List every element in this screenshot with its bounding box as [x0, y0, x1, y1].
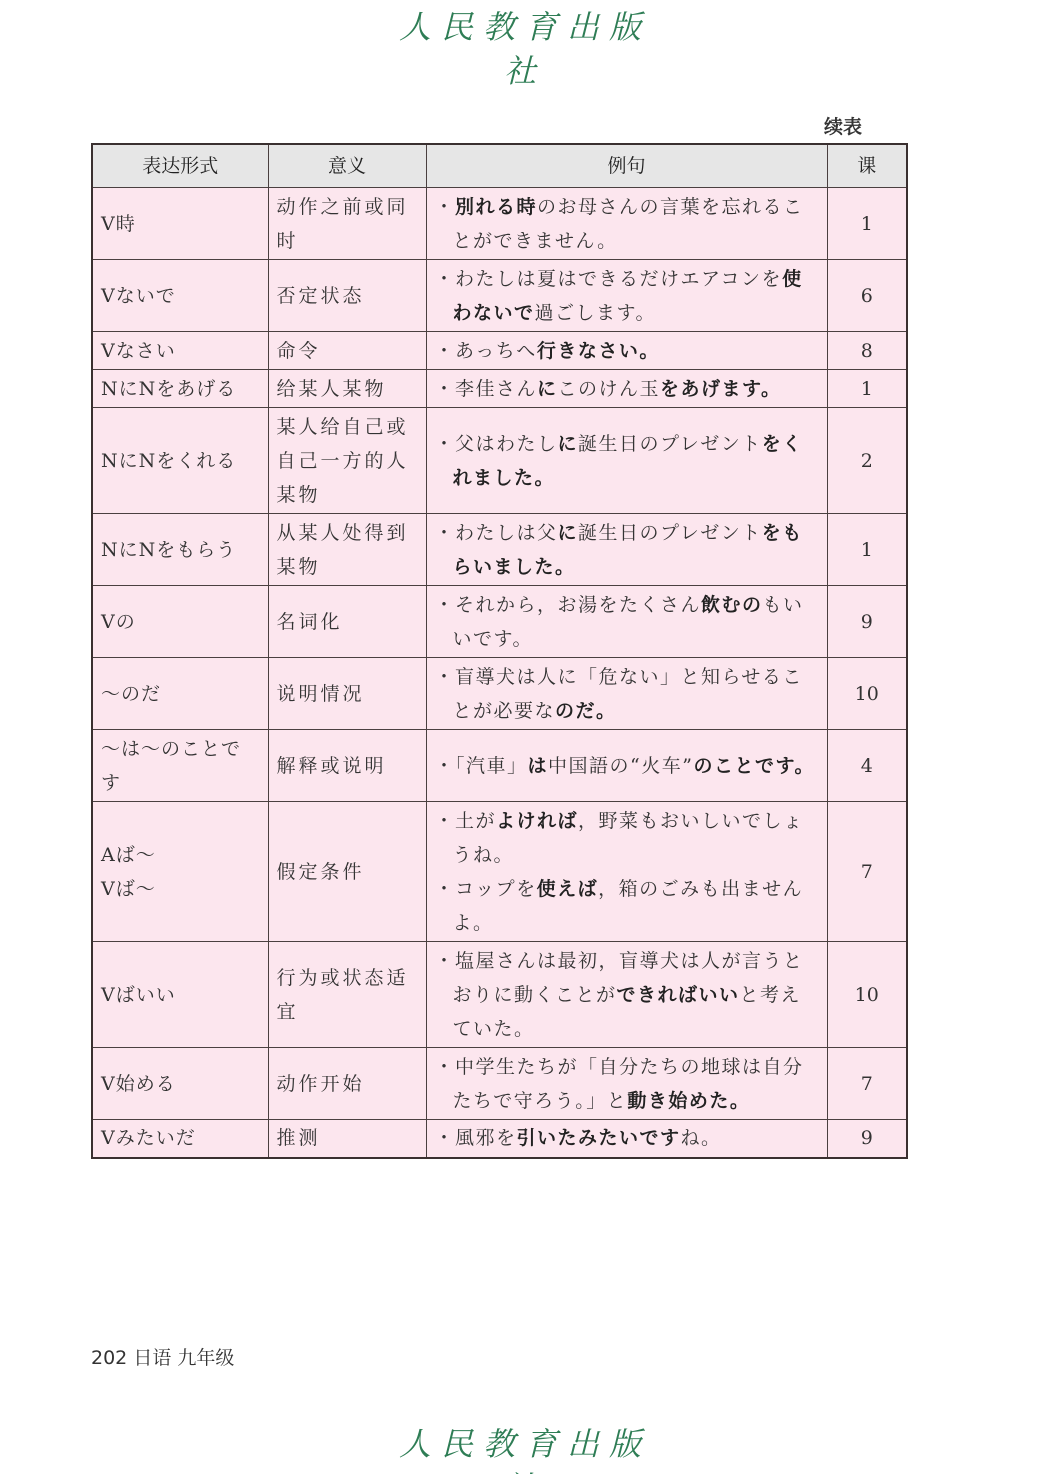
- table-row: V始める动作开始・中学生たちが「自分たちの地球は自分たちで守ろう。」と動き始めた…: [92, 1048, 907, 1120]
- cell-lesson: 1: [827, 188, 907, 260]
- cell-form: Vの: [92, 586, 268, 658]
- page-number: 202: [91, 1347, 127, 1369]
- cell-example: ・土がよければ，野菜もおいしいでしょうね。・コップを使えば，箱のごみも出ませんよ…: [426, 802, 827, 942]
- highlighted-grammar: は: [528, 755, 549, 777]
- example-sentence: ・それから，お湯をたくさん飲むのもいいです。: [435, 588, 819, 656]
- table-row: Vみたいだ推测・風邪を引いたみたいですね。9: [92, 1120, 907, 1158]
- sentence-text: ・土が: [435, 810, 497, 832]
- cell-form: NにNをもらう: [92, 514, 268, 586]
- cell-meaning: 给某人某物: [268, 370, 426, 408]
- grammar-table: 表达形式 意义 例句 课 V時动作之前或同时・別れる時のお母さんの言葉を忘れるこ…: [91, 143, 908, 1159]
- cell-lesson: 8: [827, 332, 907, 370]
- example-sentence: ・わたしは夏はできるだけエアコンを使わないで過ごします。: [435, 262, 819, 330]
- cell-form: ～のだ: [92, 658, 268, 730]
- sentence-text: 過ごします。: [535, 302, 656, 324]
- highlighted-grammar: 飲むの: [701, 594, 763, 616]
- cell-meaning: 动作开始: [268, 1048, 426, 1120]
- sentence-text: ・コップを: [435, 878, 537, 900]
- cell-example: ・わたしは夏はできるだけエアコンを使わないで過ごします。: [426, 260, 827, 332]
- sentence-text: 誕生日のプレゼント: [578, 522, 762, 544]
- cell-form: Vなさい: [92, 332, 268, 370]
- sentence-text: ・風邪を: [435, 1127, 517, 1149]
- cell-lesson: 10: [827, 658, 907, 730]
- highlighted-grammar: に: [558, 522, 579, 544]
- highlighted-grammar: できればいい: [617, 984, 740, 1006]
- cell-example: ・「汽車」は中国語の“火车”のことです。: [426, 730, 827, 802]
- table-row: Vないで否定状态・わたしは夏はできるだけエアコンを使わないで過ごします。6: [92, 260, 907, 332]
- sentence-text: ・わたしは父: [435, 522, 558, 544]
- publisher-logo-top: 人民教育出版社: [380, 5, 670, 49]
- cell-form: Vばいい: [92, 942, 268, 1048]
- highlighted-grammar: 行きなさい。: [537, 340, 660, 362]
- sentence-text: ・わたしは夏はできるだけエアコンを: [435, 268, 783, 290]
- table-row: Vの名词化・それから，お湯をたくさん飲むのもいいです。9: [92, 586, 907, 658]
- highlighted-grammar: に: [558, 433, 579, 455]
- highlighted-grammar: 動き始めた。: [627, 1090, 750, 1112]
- cell-meaning: 从某人处得到某物: [268, 514, 426, 586]
- example-sentence: ・塩屋さんは最初，盲導犬は人が言うとおりに動くことができればいいと考えていた。: [435, 944, 819, 1046]
- example-sentence: ・コップを使えば，箱のごみも出ませんよ。: [435, 872, 819, 940]
- cell-form: Vみたいだ: [92, 1120, 268, 1158]
- example-sentence: ・父はわたしに誕生日のプレゼントをくれました。: [435, 427, 819, 495]
- example-sentence: ・中学生たちが「自分たちの地球は自分たちで守ろう。」と動き始めた。: [435, 1050, 819, 1118]
- cell-lesson: 4: [827, 730, 907, 802]
- example-sentence: ・風邪を引いたみたいですね。: [435, 1121, 819, 1155]
- header-meaning: 意义: [268, 144, 426, 188]
- cell-meaning: 某人给自己或自己一方的人某物: [268, 408, 426, 514]
- cell-example: ・塩屋さんは最初，盲導犬は人が言うとおりに動くことができればいいと考えていた。: [426, 942, 827, 1048]
- table-row: Aば～ Vば～假定条件・土がよければ，野菜もおいしいでしょうね。・コップを使えば…: [92, 802, 907, 942]
- table-row: ～のだ说明情况・盲導犬は人に「危ない」と知らせることが必要なのだ。10: [92, 658, 907, 730]
- sentence-text: このけん玉: [558, 378, 661, 400]
- table-row: NにNをあげる给某人某物・李佳さんにこのけん玉をあげます。1: [92, 370, 907, 408]
- cell-lesson: 9: [827, 586, 907, 658]
- cell-lesson: 6: [827, 260, 907, 332]
- sentence-text: ・李佳さん: [435, 378, 538, 400]
- continued-table-label: 续表: [824, 112, 862, 139]
- table-row: Vなさい命令・あっちへ行きなさい。8: [92, 332, 907, 370]
- cell-example: ・風邪を引いたみたいですね。: [426, 1120, 827, 1158]
- cell-form: ～は～のことです: [92, 730, 268, 802]
- cell-form: V始める: [92, 1048, 268, 1120]
- publisher-logo-bottom: 人民教育出版社: [380, 1422, 670, 1466]
- example-sentence: ・土がよければ，野菜もおいしいでしょうね。: [435, 804, 819, 872]
- cell-meaning: 行为或状态适宜: [268, 942, 426, 1048]
- highlighted-grammar: 別れる時: [455, 196, 537, 218]
- example-sentence: ・「汽車」は中国語の“火车”のことです。: [435, 749, 819, 783]
- cell-example: ・父はわたしに誕生日のプレゼントをくれました。: [426, 408, 827, 514]
- highlighted-grammar: 使えば: [537, 878, 599, 900]
- highlighted-grammar: のことです。: [693, 755, 814, 777]
- table-row: V時动作之前或同时・別れる時のお母さんの言葉を忘れることができません。1: [92, 188, 907, 260]
- cell-meaning: 说明情况: [268, 658, 426, 730]
- table-row: NにNをもらう从某人处得到某物・わたしは父に誕生日のプレゼントをもらいました。1: [92, 514, 907, 586]
- cell-lesson: 1: [827, 514, 907, 586]
- cell-meaning: 名词化: [268, 586, 426, 658]
- sentence-text: ・: [435, 196, 456, 218]
- cell-form: NにNをくれる: [92, 408, 268, 514]
- cell-meaning: 推测: [268, 1120, 426, 1158]
- sentence-text: ね。: [681, 1127, 722, 1149]
- cell-example: ・別れる時のお母さんの言葉を忘れることができません。: [426, 188, 827, 260]
- example-sentence: ・李佳さんにこのけん玉をあげます。: [435, 372, 819, 406]
- header-example: 例句: [426, 144, 827, 188]
- example-sentence: ・別れる時のお母さんの言葉を忘れることができません。: [435, 190, 819, 258]
- cell-example: ・それから，お湯をたくさん飲むのもいいです。: [426, 586, 827, 658]
- example-sentence: ・わたしは父に誕生日のプレゼントをもらいました。: [435, 516, 819, 584]
- cell-example: ・あっちへ行きなさい。: [426, 332, 827, 370]
- sentence-text: ・盲導犬は人に「危ない」と知らせることが必要な: [435, 666, 803, 722]
- cell-meaning: 动作之前或同时: [268, 188, 426, 260]
- cell-form: Aば～ Vば～: [92, 802, 268, 942]
- cell-lesson: 9: [827, 1120, 907, 1158]
- cell-example: ・李佳さんにこのけん玉をあげます。: [426, 370, 827, 408]
- cell-form: V時: [92, 188, 268, 260]
- highlighted-grammar: 引いたみたいです: [517, 1127, 681, 1149]
- table-body: V時动作之前或同时・別れる時のお母さんの言葉を忘れることができません。1Vないで…: [92, 188, 907, 1158]
- cell-meaning: 解释或说明: [268, 730, 426, 802]
- sentence-text: ・それから，お湯をたくさん: [435, 594, 702, 616]
- cell-form: Vないで: [92, 260, 268, 332]
- book-title: 日语 九年级: [133, 1347, 234, 1369]
- highlighted-grammar: のだ。: [555, 700, 617, 722]
- cell-lesson: 7: [827, 802, 907, 942]
- table-row: Vばいい行为或状态适宜・塩屋さんは最初，盲導犬は人が言うとおりに動くことができれ…: [92, 942, 907, 1048]
- highlighted-grammar: に: [537, 378, 558, 400]
- cell-example: ・わたしは父に誕生日のプレゼントをもらいました。: [426, 514, 827, 586]
- highlighted-grammar: よければ: [496, 810, 578, 832]
- cell-form: NにNをあげる: [92, 370, 268, 408]
- header-form: 表达形式: [92, 144, 268, 188]
- cell-example: ・中学生たちが「自分たちの地球は自分たちで守ろう。」と動き始めた。: [426, 1048, 827, 1120]
- cell-example: ・盲導犬は人に「危ない」と知らせることが必要なのだ。: [426, 658, 827, 730]
- sentence-text: 誕生日のプレゼント: [578, 433, 762, 455]
- table-row: ～は～のことです解释或说明・「汽車」は中国語の“火车”のことです。4: [92, 730, 907, 802]
- page-footer: 202 日语 九年级: [91, 1343, 234, 1370]
- cell-meaning: 假定条件: [268, 802, 426, 942]
- table-header-row: 表达形式 意义 例句 课: [92, 144, 907, 188]
- sentence-text: ・「汽車」: [435, 755, 528, 777]
- cell-meaning: 否定状态: [268, 260, 426, 332]
- cell-lesson: 10: [827, 942, 907, 1048]
- sentence-text: 中国語の“火车”: [548, 755, 693, 777]
- example-sentence: ・あっちへ行きなさい。: [435, 334, 819, 368]
- sentence-text: ・あっちへ: [435, 340, 537, 362]
- header-lesson: 课: [827, 144, 907, 188]
- cell-lesson: 1: [827, 370, 907, 408]
- cell-lesson: 7: [827, 1048, 907, 1120]
- example-sentence: ・盲導犬は人に「危ない」と知らせることが必要なのだ。: [435, 660, 819, 728]
- highlighted-grammar: をあげます。: [660, 378, 781, 400]
- table-row: NにNをくれる某人给自己或自己一方的人某物・父はわたしに誕生日のプレゼントをくれ…: [92, 408, 907, 514]
- cell-meaning: 命令: [268, 332, 426, 370]
- cell-lesson: 2: [827, 408, 907, 514]
- sentence-text: ・父はわたし: [435, 433, 558, 455]
